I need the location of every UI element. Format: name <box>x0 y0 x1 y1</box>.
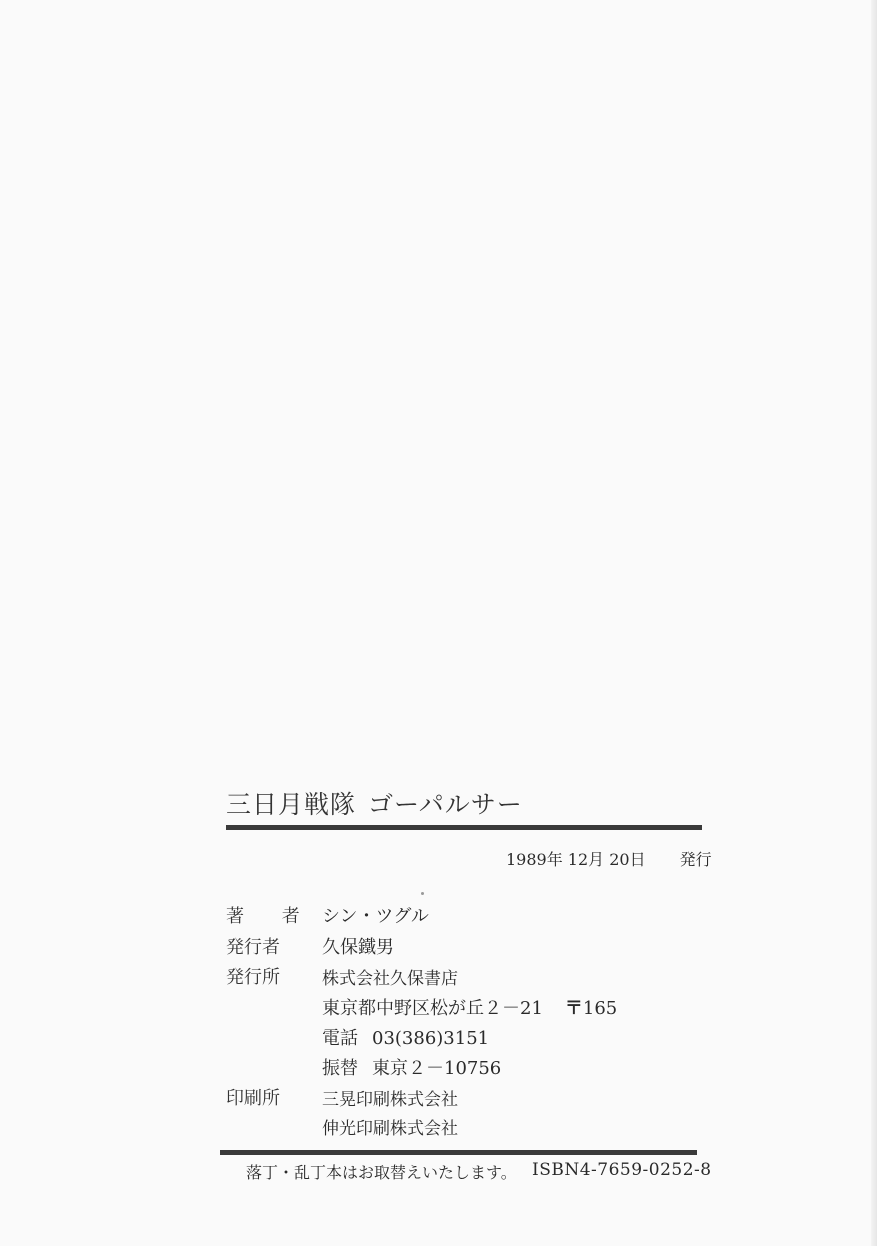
colophon: 三日月戦隊ゴーパルサー 1989年 12月 20日発行 著 者 シン・ツグル 発… <box>0 0 877 1246</box>
author-name: シン・ツグル <box>322 902 429 928</box>
printer-company-2: 伸光印刷株式会社 <box>322 1114 458 1139</box>
phone-number: 03(386)3151 <box>372 1028 489 1049</box>
publisher-transfer-line: 振替東京２－10756 <box>322 1054 501 1080</box>
publisher-phone-line: 電話03(386)3151 <box>322 1024 489 1050</box>
publisher-person-name: 久保鐵男 <box>322 933 394 959</box>
author-label: 著 者 <box>226 902 316 928</box>
publication-date: 1989年 12月 20日 <box>506 850 646 869</box>
publisher-address: 東京都中野区松が丘２－21 <box>322 998 543 1019</box>
publisher-company: 株式会社久保書店 <box>322 964 458 989</box>
publisher-address-line: 東京都中野区松が丘２－21〒165 <box>322 994 617 1020</box>
postal-code: 165 <box>583 998 617 1019</box>
issued-label: 発行 <box>680 850 712 869</box>
publication-date-line: 1989年 12月 20日発行 <box>506 847 712 870</box>
bottom-rule <box>220 1150 697 1155</box>
phone-label: 電話 <box>322 1028 358 1049</box>
postal-mark-icon: 〒 <box>565 994 583 1020</box>
print-speck <box>421 892 424 895</box>
book-title: 三日月戦隊ゴーパルサー <box>226 785 523 821</box>
isbn: ISBN4-7659-0252-8 <box>532 1160 712 1180</box>
printer-label: 印刷所 <box>226 1084 280 1110</box>
transfer-account: 東京２－10756 <box>372 1058 501 1079</box>
publisher-person-label: 発行者 <box>226 933 280 959</box>
publisher-label: 発行所 <box>226 963 280 989</box>
top-rule <box>226 825 702 830</box>
book-subtitle: ゴーパルサー <box>368 790 523 819</box>
replacement-notice: 落丁・乱丁本はお取替えいたします。 <box>246 1160 517 1183</box>
printer-company-1: 三晃印刷株式会社 <box>322 1085 458 1110</box>
book-title-main: 三日月戦隊 <box>226 790 356 819</box>
transfer-label: 振替 <box>322 1058 358 1079</box>
